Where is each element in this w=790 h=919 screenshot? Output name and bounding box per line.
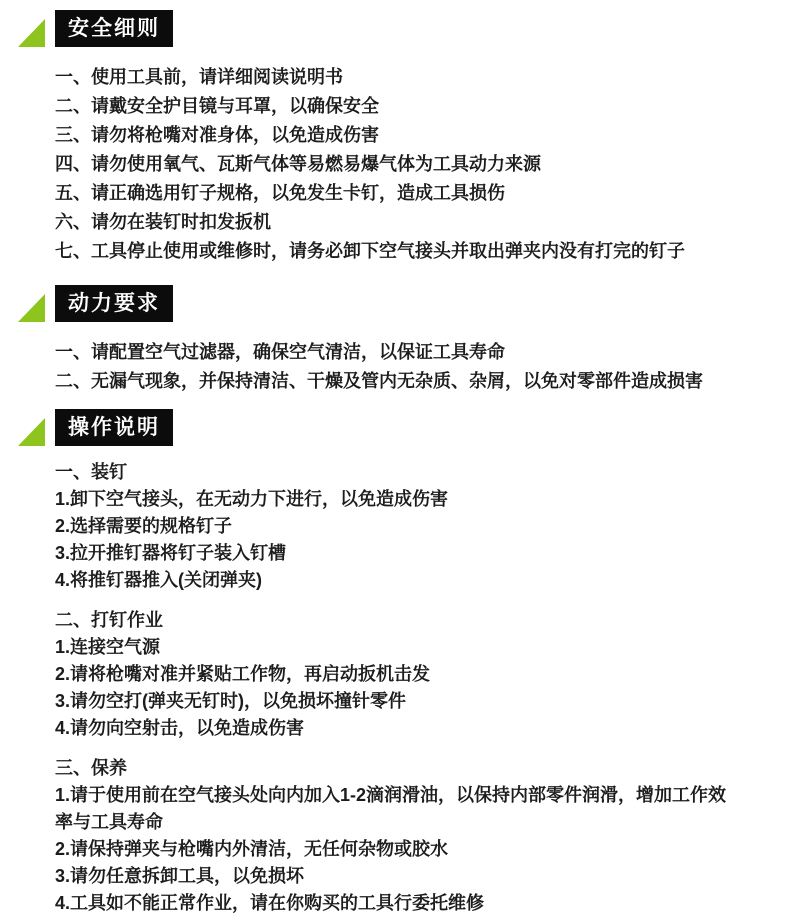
green-triangle-icon: [18, 19, 45, 47]
safety-rule-item: 五、请正确选用钉子规格，以免发生卡钉，造成工具损伤: [55, 179, 727, 207]
power-requirements-list: 一、请配置空气过滤器，确保空气清洁，以保证工具寿命 二、无漏气现象，并保持清洁、…: [55, 338, 727, 395]
subsection-maintenance: 三、保养 1.请于使用前在空气接头处向内加入1-2滴润滑油，以保持内部零件润滑，…: [55, 754, 790, 917]
step-item: 4.请勿向空射击，以免造成伤害: [55, 715, 727, 742]
step-item: 3.请勿空打(弹夹无钉时)，以免损坏撞针零件: [55, 688, 727, 715]
safety-rule-item: 一、使用工具前，请详细阅读说明书: [55, 63, 727, 91]
subsection-nailing-work: 二、打钉作业 1.连接空气源 2.请将枪嘴对准并紧贴工作物，再启动扳机击发 3.…: [55, 606, 790, 742]
power-requirements-section: 动力要求 一、请配置空气过滤器，确保空气清洁，以保证工具寿命 二、无漏气现象，并…: [55, 285, 790, 395]
operation-instructions-section: 操作说明 一、装钉 1.卸下空气接头，在无动力下进行，以免造成伤害 2.选择需要…: [55, 409, 790, 917]
step-item: 2.请将枪嘴对准并紧贴工作物，再启动扳机击发: [55, 661, 727, 688]
safety-rule-item: 四、请勿使用氧气、瓦斯气体等易燃易爆气体为工具动力来源: [55, 150, 727, 178]
step-item: 1.卸下空气接头，在无动力下进行，以免造成伤害: [55, 486, 727, 513]
subsection-heading: 一、装钉: [55, 458, 790, 486]
power-section-title-badge: 动力要求: [55, 285, 173, 322]
safety-rule-item: 二、请戴安全护目镜与耳罩，以确保安全: [55, 92, 727, 120]
subsection-heading: 二、打钉作业: [55, 606, 790, 634]
safety-rule-item: 六、请勿在装钉时扣发扳机: [55, 208, 727, 236]
safety-section-header: 安全细则: [18, 10, 790, 47]
step-item: 4.将推钉器推入(关闭弹夹): [55, 567, 727, 594]
green-triangle-icon: [18, 418, 45, 446]
operation-section-title-badge: 操作说明: [55, 409, 173, 446]
subsection-heading: 三、保养: [55, 754, 790, 782]
green-triangle-icon: [18, 294, 45, 322]
safety-section-title-badge: 安全细则: [55, 10, 173, 47]
operation-section-header: 操作说明: [18, 409, 790, 446]
step-item: 3.拉开推钉器将钉子装入钉槽: [55, 540, 727, 567]
step-item: 2.选择需要的规格钉子: [55, 513, 727, 540]
power-requirement-item: 一、请配置空气过滤器，确保空气清洁，以保证工具寿命: [55, 338, 727, 366]
instruction-page: 安全细则 一、使用工具前，请详细阅读说明书 二、请戴安全护目镜与耳罩，以确保安全…: [0, 0, 790, 917]
power-section-header: 动力要求: [18, 285, 790, 322]
safety-rules-list: 一、使用工具前，请详细阅读说明书 二、请戴安全护目镜与耳罩，以确保安全 三、请勿…: [55, 63, 727, 265]
step-item: 2.请保持弹夹与枪嘴内外清洁，无任何杂物或胶水: [55, 836, 727, 863]
safety-rules-section: 安全细则 一、使用工具前，请详细阅读说明书 二、请戴安全护目镜与耳罩，以确保安全…: [55, 10, 790, 265]
safety-rule-item: 三、请勿将枪嘴对准身体，以免造成伤害: [55, 121, 727, 149]
step-item: 4.工具如不能正常作业，请在你购买的工具行委托维修: [55, 890, 727, 917]
power-requirement-item: 二、无漏气现象，并保持清洁、干燥及管内无杂质、杂屑，以免对零部件造成损害: [55, 367, 727, 395]
step-item: 1.连接空气源: [55, 634, 727, 661]
safety-rule-item: 七、工具停止使用或维修时，请务必卸下空气接头并取出弹夹内没有打完的钉子: [55, 237, 727, 265]
subsection-load-nails: 一、装钉 1.卸下空气接头，在无动力下进行，以免造成伤害 2.选择需要的规格钉子…: [55, 458, 790, 594]
step-item: 1.请于使用前在空气接头处向内加入1-2滴润滑油，以保持内部零件润滑，增加工作效…: [55, 782, 727, 836]
step-item: 3.请勿任意拆卸工具，以免损坏: [55, 863, 727, 890]
